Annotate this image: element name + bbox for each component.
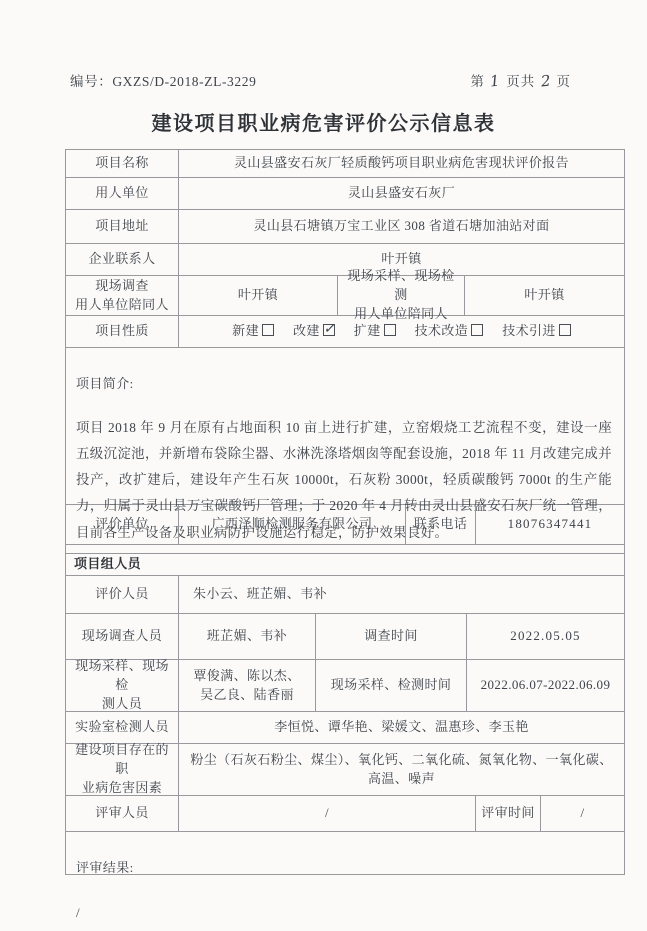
document-number-label: 编号：: [70, 74, 112, 89]
current-page-number-handwritten: 1: [488, 71, 502, 90]
document-number: 编号：GXZS/D-2018-ZL-3229: [70, 70, 256, 90]
row-review-result: 评审结果: /: [66, 832, 624, 874]
contact-phone-value: 18076347441: [476, 505, 624, 544]
project-nature-label: 项目性质: [66, 316, 179, 347]
hazard-factors-label: 建设项目存在的职 业病危害因素: [66, 744, 179, 795]
row-project-name: 项目名称 灵山县盛安石灰厂轻质酸钙项目职业病危害现状评价报告: [66, 150, 624, 178]
survey-escort-value: 叶开镇: [179, 276, 338, 315]
row-employer: 用人单位 灵山县盛安石灰厂: [66, 178, 624, 210]
info-table: 项目名称 灵山县盛安石灰厂轻质酸钙项目职业病危害现状评价报告 用人单位 灵山县盛…: [65, 149, 625, 875]
row-project-address: 项目地址 灵山县石塘镇万宝工业区 308 省道石塘加油站对面: [66, 210, 624, 244]
site-survey-label: 现场调查人员: [66, 614, 179, 659]
document-number-value: GXZS/D-2018-ZL-3229: [112, 74, 256, 89]
row-evaluators: 评价人员 朱小云、班芷媚、韦补: [66, 576, 624, 614]
project-address-value: 灵山县石塘镇万宝工业区 308 省道石塘加油站对面: [179, 210, 624, 243]
reviewers-value: /: [179, 796, 476, 831]
review-result-label: 评审结果:: [76, 856, 612, 880]
option-new-construction: 新建: [232, 322, 274, 341]
employer-value: 灵山县盛安石灰厂: [179, 178, 624, 209]
survey-escort-label: 现场调查 用人单位陪同人: [66, 276, 179, 315]
checkbox-new-construction: [262, 324, 274, 336]
review-result-value: /: [76, 901, 612, 925]
page-number-info: 第 1 页共 2 页: [470, 70, 571, 90]
option-reconstruction: 改建: [293, 322, 335, 341]
survey-time-value: 2022.05.05: [467, 614, 624, 659]
checkbox-technology-import: [559, 324, 571, 336]
sampling-escort-value: 叶开镇: [465, 276, 624, 315]
page-prefix: 第: [470, 74, 485, 89]
site-survey-value: 班芷媚、韦补: [179, 614, 316, 659]
row-hazard-factors: 建设项目存在的职 业病危害因素 粉尘（石灰石粉尘、煤尘）、氧化钙、二氧化硫、氮氧…: [66, 744, 624, 796]
review-time-label: 评审时间: [476, 796, 541, 831]
row-project-brief: 项目简介: 项目 2018 年 9 月在原有占地面积 10 亩上进行扩建，立窑煅…: [66, 348, 624, 505]
company-contact-label: 企业联系人: [66, 244, 179, 275]
employer-label: 用人单位: [66, 178, 179, 209]
total-pages-handwritten: 2: [539, 71, 553, 90]
evaluation-org-label: 评价单位: [66, 505, 179, 544]
row-escorts: 现场调查 用人单位陪同人 叶开镇 现场采样、现场检测 用人单位陪同人 叶开镇: [66, 276, 624, 316]
option-technical-renovation: 技术改造: [415, 322, 484, 341]
document-title: 建设项目职业病危害评价公示信息表: [0, 107, 647, 136]
evaluators-value: 朱小云、班芷媚、韦补: [179, 576, 624, 613]
hazard-factors-value: 粉尘（石灰石粉尘、煤尘）、氧化钙、二氧化硫、氮氧化物、一氧化碳、 高温、噪声: [179, 744, 624, 795]
review-result-cell: 评审结果: /: [66, 832, 624, 874]
evaluators-label: 评价人员: [66, 576, 179, 613]
row-evaluation-org: 评价单位 广西泽顺检测服务有限公司 联系电话 18076347441: [66, 505, 624, 545]
lab-staff-value: 李恒悦、谭华艳、梁媛文、温惠珍、李玉艳: [179, 712, 624, 743]
checkbox-reconstruction-checked: [323, 324, 335, 336]
row-sampling-staff: 现场采样、现场检 测人员 覃俊满、陈以杰、 吴乙良、陆香丽 现场采样、检测时间 …: [66, 660, 624, 712]
contact-phone-label: 联系电话: [406, 505, 476, 544]
sampling-staff-label: 现场采样、现场检 测人员: [66, 660, 179, 711]
row-reviewers: 评审人员 / 评审时间 /: [66, 796, 624, 832]
row-project-nature: 项目性质 新建 改建 扩建 技术改造 技术引进: [66, 316, 624, 348]
survey-time-label: 调查时间: [316, 614, 467, 659]
project-brief-cell: 项目简介: 项目 2018 年 9 月在原有占地面积 10 亩上进行扩建，立窑煅…: [66, 348, 624, 504]
page-middle: 页共: [506, 74, 535, 89]
lab-staff-label: 实验室检测人员: [66, 712, 179, 743]
team-section-label: 项目组人员: [66, 554, 624, 575]
project-nature-options: 新建 改建 扩建 技术改造 技术引进: [179, 316, 624, 347]
sampling-time-value: 2022.06.07-2022.06.09: [467, 660, 624, 711]
row-site-survey: 现场调查人员 班芷媚、韦补 调查时间 2022.05.05: [66, 614, 624, 660]
project-name-label: 项目名称: [66, 150, 179, 177]
scanned-document-page: 编号：GXZS/D-2018-ZL-3229 第 1 页共 2 页 建设项目职业…: [0, 0, 647, 931]
row-team-section: 项目组人员: [66, 554, 624, 576]
checkbox-expansion: [384, 324, 396, 336]
review-time-value: /: [541, 796, 624, 831]
document-header: 编号：GXZS/D-2018-ZL-3229 第 1 页共 2 页: [0, 0, 647, 90]
project-name-value: 灵山县盛安石灰厂轻质酸钙项目职业病危害现状评价报告: [179, 150, 624, 177]
sampling-staff-value: 覃俊满、陈以杰、 吴乙良、陆香丽: [179, 660, 316, 711]
project-brief-label: 项目简介:: [76, 372, 612, 396]
project-address-label: 项目地址: [66, 210, 179, 243]
checkbox-technical-renovation: [471, 324, 483, 336]
option-expansion: 扩建: [354, 322, 396, 341]
sampling-escort-label: 现场采样、现场检测 用人单位陪同人: [338, 276, 465, 315]
page-suffix: 页: [557, 74, 572, 89]
sampling-time-label: 现场采样、检测时间: [316, 660, 467, 711]
evaluation-org-value: 广西泽顺检测服务有限公司: [179, 505, 406, 544]
option-technology-import: 技术引进: [502, 322, 571, 341]
reviewers-label: 评审人员: [66, 796, 179, 831]
row-lab-staff: 实验室检测人员 李恒悦、谭华艳、梁媛文、温惠珍、李玉艳: [66, 712, 624, 744]
